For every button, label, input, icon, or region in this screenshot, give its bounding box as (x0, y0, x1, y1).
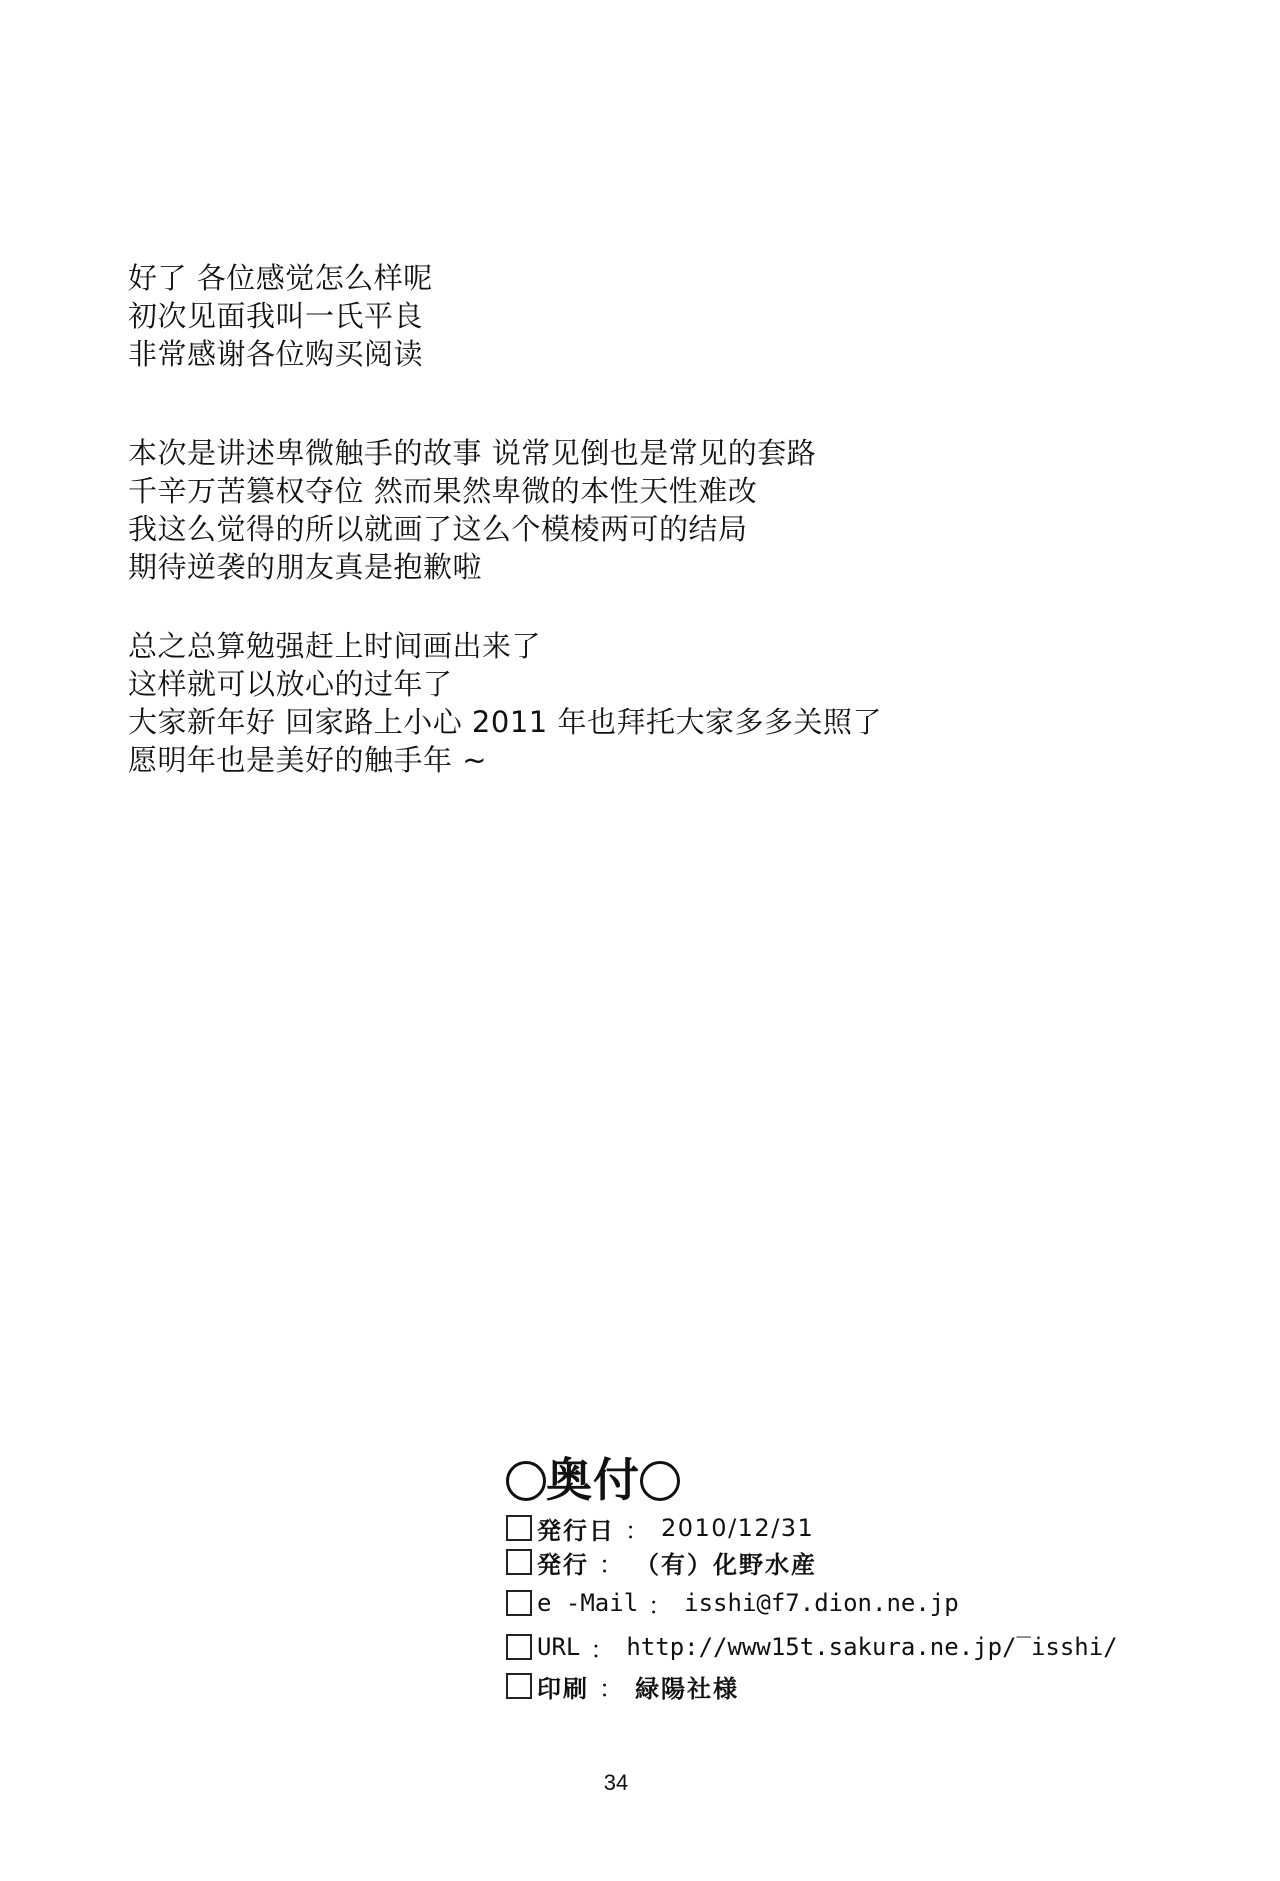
checkbox-square-icon (506, 1673, 532, 1699)
row-value: 緑陽社様 (635, 1669, 739, 1704)
colophon-row-publisher: 発行 ： （有）化野水産 (506, 1547, 817, 1577)
afterword-paragraph-2: 本次是讲述卑微触手的故事 说常见倒也是常见的套路 千辛万苦篡权夺位 然而果然卑微… (128, 434, 1128, 586)
text-line: 千辛万苦篡权夺位 然而果然卑微的本性天性难改 (128, 472, 1128, 510)
page-number: 34 (0, 1770, 1232, 1796)
circle-ornament-icon (506, 1461, 546, 1501)
row-label: 発行 (537, 1545, 589, 1580)
row-value: 2010/12/31 (661, 1514, 814, 1542)
afterword-paragraph-3: 总之总算勉强赶上时间画出来了 这样就可以放心的过年了 大家新年好 回家路上小心 … (128, 627, 1128, 779)
url-link[interactable]: http://www15t.sakura.ne.jp/‾isshi/ (626, 1633, 1117, 1661)
email-link[interactable]: isshi@f7.dion.ne.jp (684, 1589, 959, 1617)
row-label: e -Mail (537, 1589, 638, 1617)
text-line: 期待逆袭的朋友真是抱歉啦 (128, 548, 1128, 586)
text-line: 这样就可以放心的过年了 (128, 665, 1128, 703)
colophon-row-url: URL ： http://www15t.sakura.ne.jp/‾isshi/ (506, 1632, 1118, 1662)
row-label: URL (537, 1633, 580, 1661)
afterword-paragraph-1: 好了 各位感觉怎么样呢 初次见面我叫一氏平良 非常感谢各位购买阅读 (128, 259, 1128, 373)
row-separator: ： (590, 1630, 614, 1665)
checkbox-square-icon (506, 1590, 532, 1616)
row-label: 印刷 (537, 1669, 589, 1704)
row-label: 発行日 (537, 1511, 615, 1546)
colophon-row-email: e -Mail ： isshi@f7.dion.ne.jp (506, 1588, 959, 1618)
colophon-title: 奥付 (506, 1452, 1206, 1508)
colophon-row-printer: 印刷 ： 緑陽社様 (506, 1671, 739, 1701)
checkbox-square-icon (506, 1634, 532, 1660)
text-line: 本次是讲述卑微触手的故事 说常见倒也是常见的套路 (128, 434, 1128, 472)
text-line: 非常感谢各位购买阅读 (128, 335, 1128, 373)
text-line: 愿明年也是美好的触手年 ~ (128, 741, 1128, 779)
colophon-row-publish-date: 発行日 ： 2010/12/31 (506, 1513, 814, 1543)
row-separator: ： (648, 1586, 672, 1621)
circle-ornament-icon (640, 1461, 680, 1501)
row-separator: ： (599, 1545, 623, 1580)
colophon-title-text: 奥付 (546, 1453, 640, 1507)
row-separator: ： (599, 1669, 623, 1704)
row-separator: ： (625, 1511, 649, 1546)
colophon: 奥付 (506, 1452, 1206, 1508)
text-line: 初次见面我叫一氏平良 (128, 297, 1128, 335)
checkbox-square-icon (506, 1549, 532, 1575)
text-line: 总之总算勉强赶上时间画出来了 (128, 627, 1128, 665)
row-value: （有）化野水産 (635, 1545, 817, 1580)
text-line: 我这么觉得的所以就画了这么个模棱两可的结局 (128, 510, 1128, 548)
checkbox-square-icon (506, 1515, 532, 1541)
text-line: 好了 各位感觉怎么样呢 (128, 259, 1128, 297)
text-line: 大家新年好 回家路上小心 2011 年也拜托大家多多关照了 (128, 703, 1128, 741)
